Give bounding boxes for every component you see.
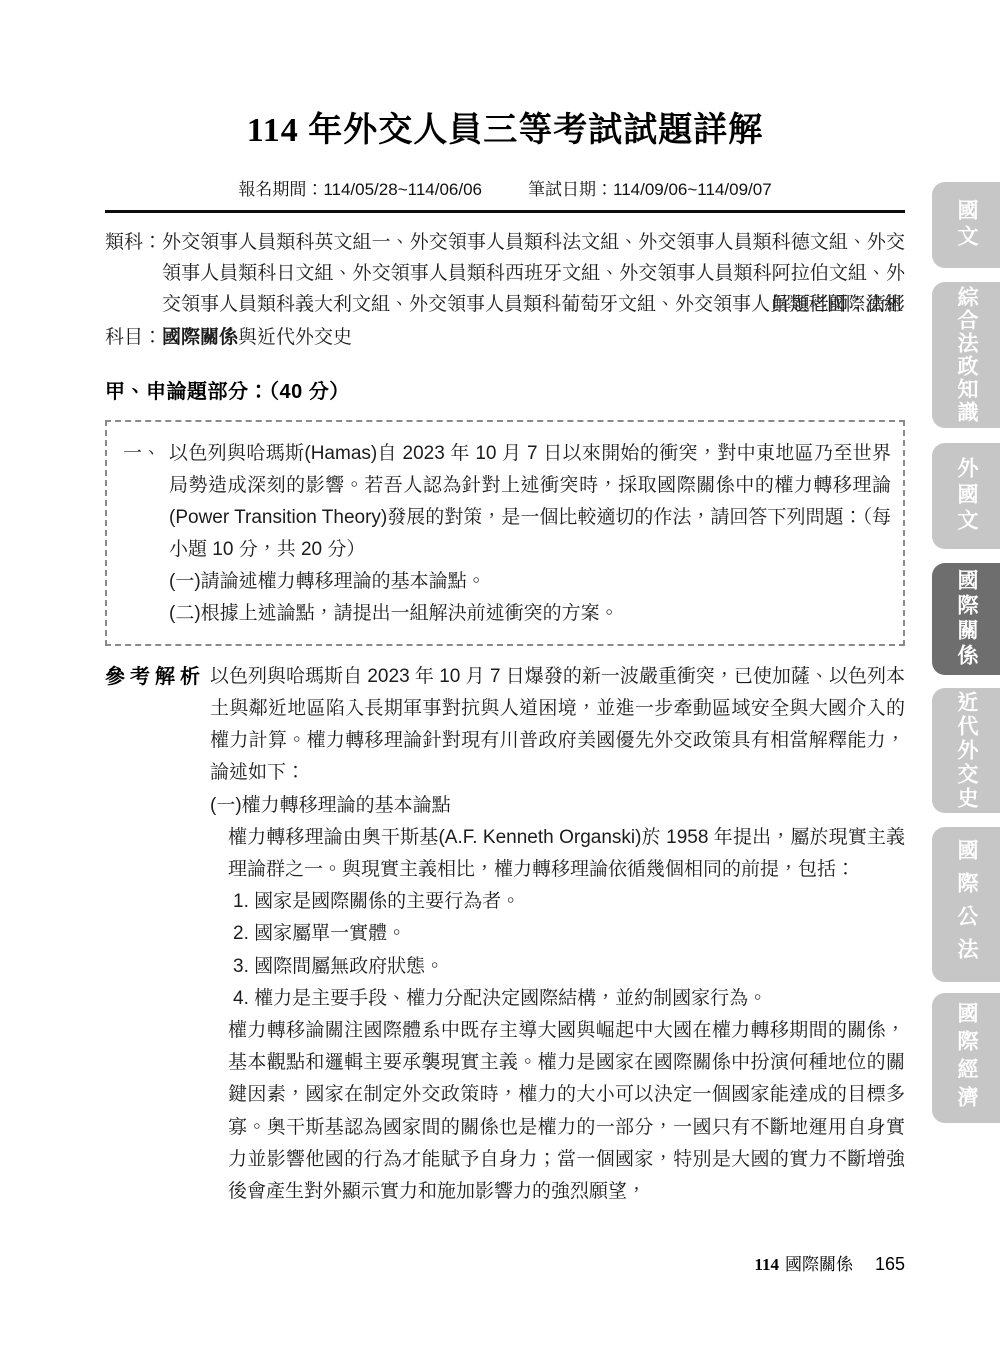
analysis-list-item: 3. 國際間屬無政府狀態。 (210, 951, 905, 983)
question-body: 以色列與哈瑪斯(Hamas)自 2023 年 10 月 7 日以來開始的衝突，對… (169, 438, 891, 630)
tab-label: 國際經濟 (951, 1002, 981, 1114)
footer-edition: 114 (754, 1255, 779, 1274)
analysis-intro: 以色列與哈瑪斯自 2023 年 10 月 7 日爆發的新一波嚴重衝突，已使加薩、… (210, 661, 905, 790)
analysis-paragraph-1: 權力轉移理論由奧干斯基(A.F. Kenneth Organski)於 1958… (210, 822, 905, 886)
page-footer: 114國際關係165 (105, 1250, 905, 1275)
question-box: 一、 以色列與哈瑪斯(Hamas)自 2023 年 10 月 7 日以來開始的衝… (105, 420, 905, 646)
solver-name: 解題老師：衛彬 (772, 294, 905, 315)
footer-page-number: 165 (875, 1254, 905, 1274)
analysis-list-item: 1. 國家是國際關係的主要行為者。 (210, 886, 905, 918)
analysis-label: 參考解析 (105, 661, 210, 1208)
tab-label: 國際公法 (951, 839, 981, 971)
sidebar-tab-guojigongfa[interactable]: 國際公法 (932, 827, 1000, 982)
sidebar-tab-guojijingji[interactable]: 國際經濟 (932, 993, 1000, 1123)
content-column: 114 年外交人員三等考試試題詳解 報名期間：114/05/28~114/06/… (105, 0, 905, 1208)
analysis-paragraph-2: 權力轉移論關注國際體系中既存主導大國與崛起中大國在權力轉移期間的關係，基本觀點和… (210, 1015, 905, 1208)
exam-meta: 類科： 外交領事人員類科英文組一、外交領事人員類科法文組、外交領事人員類科德文組… (105, 227, 905, 353)
analysis-list-item: 2. 國家屬單一實體。 (210, 918, 905, 950)
tab-label: 外國文 (951, 457, 981, 535)
subject-name-rest: 與近代外交史 (238, 327, 352, 348)
section-a-heading: 甲、申論題部分：（40 分） (105, 375, 905, 404)
tab-label: 近代外交史 (951, 691, 981, 811)
sidebar-tab-waiguowen[interactable]: 外國文 (932, 443, 1000, 549)
category-label: 類科： (105, 227, 162, 320)
subquestion-2: (二)根據上述論點，請提出一組解決前述衝突的方案。 (169, 598, 891, 630)
sidebar-tab-jindaiwaijiaoshi[interactable]: 近代外交史 (932, 688, 1000, 813)
sidebar-tab-zonghefazheng[interactable]: 綜合法政知識 (932, 282, 1000, 428)
chapter-tab-sidebar: 國文 綜合法政知識 外國文 國際關係 近代外交史 國際公法 國際經濟 (932, 0, 1000, 1353)
question-1: 一、 以色列與哈瑪斯(Hamas)自 2023 年 10 月 7 日以來開始的衝… (123, 438, 891, 630)
reference-analysis: 參考解析 以色列與哈瑪斯自 2023 年 10 月 7 日爆發的新一波嚴重衝突，… (105, 661, 905, 1208)
question-text: 以色列與哈瑪斯(Hamas)自 2023 年 10 月 7 日以來開始的衝突，對… (169, 438, 891, 566)
sidebar-tab-guojiguanxi-active[interactable]: 國際關係 (932, 563, 1000, 675)
exam-dates-row: 報名期間：114/05/28~114/06/06 筆試日期：114/09/06~… (105, 175, 905, 200)
written-exam-date: 筆試日期：114/09/06~114/09/07 (528, 175, 772, 200)
tab-label: 綜合法政知識 (951, 286, 981, 424)
page-title: 114 年外交人員三等考試試題詳解 (105, 110, 905, 152)
registration-period: 報名期間：114/05/28~114/06/06 (238, 175, 482, 200)
tab-label: 國際關係 (951, 569, 981, 669)
question-number: 一、 (123, 438, 169, 630)
header-divider (105, 210, 905, 213)
book-page: 114 年外交人員三等考試試題詳解 報名期間：114/05/28~114/06/… (0, 0, 1000, 1353)
subject-name-bold: 國際關係 (162, 327, 238, 348)
subject-line: 科目：國際關係與近代外交史 (105, 322, 905, 353)
subquestion-1: (一)請論述權力轉移理論的基本論點。 (169, 566, 891, 598)
analysis-list-item: 4. 權力是主要手段、權力分配決定國際結構，並約制國家行為。 (210, 983, 905, 1015)
analysis-body: 以色列與哈瑪斯自 2023 年 10 月 7 日爆發的新一波嚴重衝突，已使加薩、… (210, 661, 905, 1208)
subject-label: 科目： (105, 327, 162, 348)
footer-book-title: 國際關係 (785, 1255, 853, 1274)
sidebar-tab-guowen[interactable]: 國文 (932, 182, 1000, 268)
tab-label: 國文 (951, 199, 981, 251)
analysis-point-heading: (一)權力轉移理論的基本論點 (210, 790, 905, 822)
